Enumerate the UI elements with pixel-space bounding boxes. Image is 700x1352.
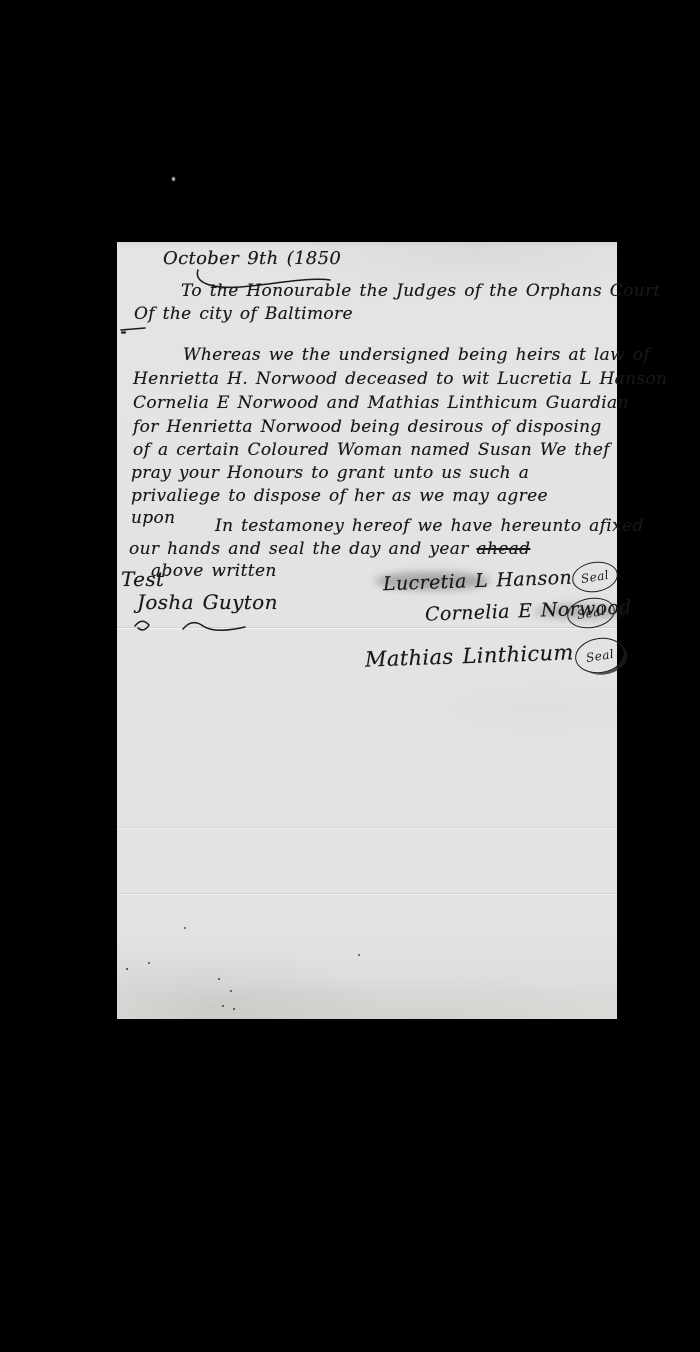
signature-name: Lucretia L Hanson <box>383 567 573 596</box>
dust-speck <box>172 177 175 181</box>
document-page: October 9th (1850 To the Honourable the … <box>117 242 617 1019</box>
attestation-label: Test <box>121 567 164 591</box>
body-line: for Henrietta Norwood being desirous of … <box>133 416 602 439</box>
salutation-line-1: To the Honourable the Judges of the Orph… <box>181 280 661 303</box>
body-line: upon <box>131 507 175 530</box>
margin-dash-mark <box>119 324 149 334</box>
seal-label: Seal <box>580 568 610 586</box>
body-line: pray your Honours to grant unto us such … <box>131 462 529 485</box>
closing-line-3: above written <box>151 560 277 583</box>
body-line: Henrietta H. Norwood deceased to wit Luc… <box>133 368 667 391</box>
body-line: Cornelia E Norwood and Mathias Linthicum… <box>133 392 629 415</box>
witness-signature: Josha Guyton <box>137 590 278 614</box>
signature-name: Mathias Linthicum <box>365 640 574 671</box>
struck-out-word: ahead <box>476 539 530 559</box>
closing-line-2: our hands and seal the day and year ahea… <box>129 538 530 561</box>
body-line: privaliege to dispose of her as we may a… <box>131 485 548 508</box>
date-line: October 9th (1850 <box>163 248 341 269</box>
paper-specks <box>126 968 128 970</box>
closing-line-1: In testamoney hereof we have hereunto af… <box>215 515 644 538</box>
seal-mark: Seal <box>573 634 628 676</box>
scanned-document-screenshot: { "colors": { "background": "#000000", "… <box>0 0 700 1352</box>
fold-crease <box>117 893 617 894</box>
seal-label: Seal <box>585 646 615 664</box>
seal-label: Seal <box>576 604 606 622</box>
body-line: of a certain Coloured Woman named Susan … <box>133 439 610 462</box>
witness-signature-flourish <box>131 618 261 636</box>
salutation-line-2: Of the city of Baltimore <box>134 303 353 326</box>
closing-line-2-text: our hands and seal the day and year <box>129 539 476 559</box>
body-line: Whereas we the undersigned being heirs a… <box>183 344 650 367</box>
seal-mark: Seal <box>570 559 620 596</box>
fold-crease <box>117 827 617 828</box>
